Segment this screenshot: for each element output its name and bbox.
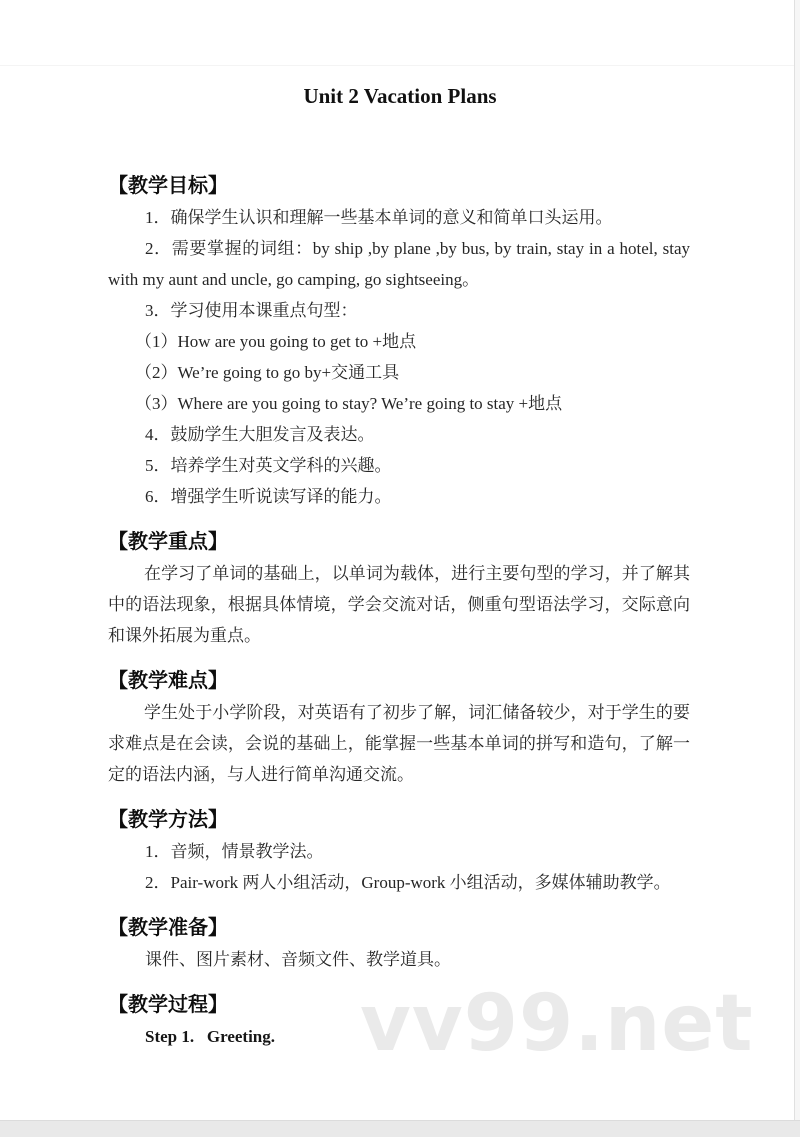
goal-item-1: 1．确保学生认识和理解一些基本单词的意义和简单口头运用。 (108, 202, 690, 233)
section-heading-teaching-key-points: 【教学重点】 (108, 526, 690, 558)
goal-sentence-pattern-3: （3）Where are you going to stay? We’re go… (108, 388, 690, 419)
section-heading-teaching-goals: 【教学目标】 (108, 170, 690, 202)
section-heading-teaching-methods: 【教学方法】 (108, 804, 690, 836)
goal-item-2: 2．需要掌握的词组：by ship ,by plane ,by bus, by … (108, 233, 690, 295)
footer-band (0, 1120, 800, 1137)
goal-item-4: 4．鼓励学生大胆发言及表达。 (108, 419, 690, 450)
doc-body: 【教学目标】 1．确保学生认识和理解一些基本单词的意义和简单口头运用。 2．需要… (0, 170, 800, 1052)
method-item-2: 2．Pair-work 两人小组活动，Group-work 小组活动，多媒体辅助… (108, 867, 690, 898)
method-item-1: 1．音频，情景教学法。 (108, 836, 690, 867)
goal-item-3: 3．学习使用本课重点句型： (108, 295, 690, 326)
preparation-line: 课件、图片素材、音频文件、教学道具。 (108, 944, 690, 975)
section-heading-teaching-preparation: 【教学准备】 (108, 912, 690, 944)
doc-title: Unit 2 Vacation Plans (0, 0, 800, 110)
difficulties-paragraph: 学生处于小学阶段，对英语有了初步了解，词汇储备较少，对于学生的要求难点是在会读，… (108, 697, 690, 790)
process-step-1: Step 1. Greeting. (108, 1021, 690, 1052)
section-heading-teaching-difficulties: 【教学难点】 (108, 665, 690, 697)
goal-sentence-pattern-2: （2）We’re going to go by+交通工具 (108, 357, 690, 388)
document-page: vv99.net Unit 2 Vacation Plans 【教学目标】 1．… (0, 0, 800, 1137)
section-heading-teaching-process: 【教学过程】 (108, 989, 690, 1021)
key-points-paragraph: 在学习了单词的基础上，以单词为载体，进行主要句型的学习，并了解其中的语法现象，根… (108, 558, 690, 651)
goal-item-6: 6．增强学生听说读写译的能力。 (108, 481, 690, 512)
goal-sentence-pattern-1: （1）How are you going to get to +地点 (108, 326, 690, 357)
goal-item-5: 5．培养学生对英文学科的兴趣。 (108, 450, 690, 481)
